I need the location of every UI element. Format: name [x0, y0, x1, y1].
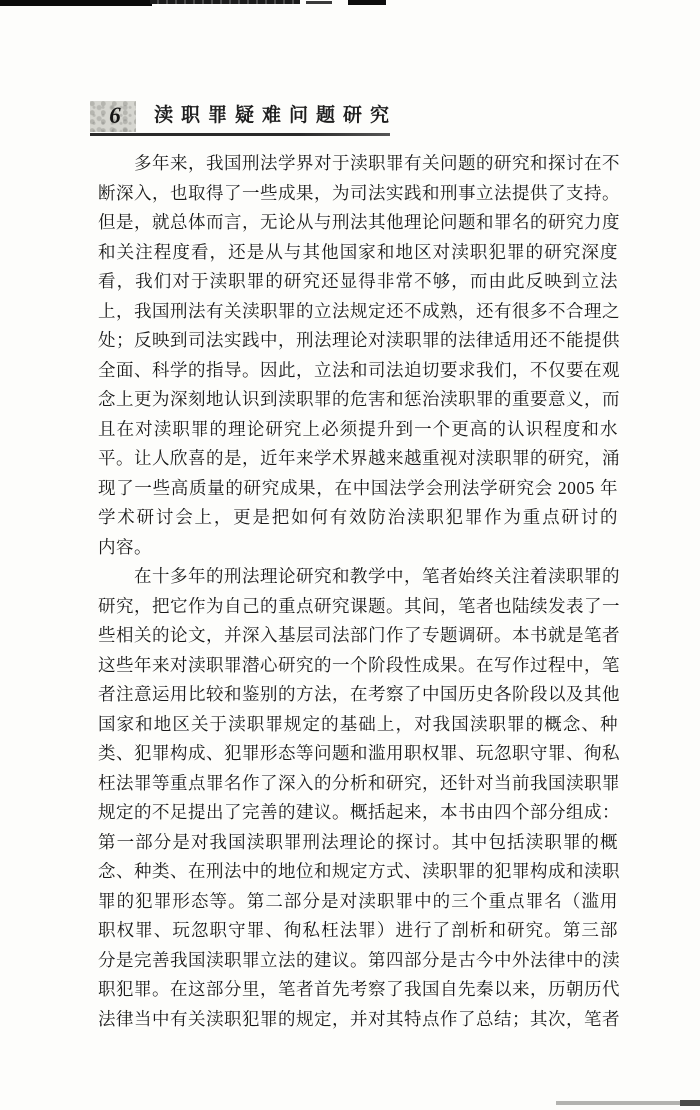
text-line: 且在对渎职罪的理论研究上必须提升到一个更高的认识程度和水 [98, 415, 618, 445]
text-line: 上，我国刑法有关渎职罪的立法规定还不成熟，还有很多不合理之 [98, 297, 618, 327]
text-line: 平。让人欣喜的是，近年来学术界越来越重视对渎职罪的研究，涌 [98, 444, 618, 474]
text-line: 者注意运用比较和鉴别的方法，在考察了中国历史各阶段以及其他 [98, 680, 618, 710]
text-line: 第一部分是对我国渎职罪刑法理论的探讨。其中包括渎职罪的概 [98, 828, 618, 858]
text-line: 枉法罪等重点罪名作了深入的分析和研究，还针对当前我国渎职罪 [98, 769, 618, 799]
text-line: 研究，把它作为自己的重点研究课题。其间，笔者也陆续发表了一 [98, 592, 618, 622]
text-line: 内容。 [98, 533, 618, 563]
scan-artifact-top-dash [348, 0, 386, 5]
text-line: 念、种类、在刑法中的地位和规定方式、渎职罪的犯罪构成和渎职 [98, 857, 618, 887]
scan-artifact-bottom-bar-dark [680, 1100, 700, 1106]
text-line: 现了一些高质量的研究成果，在中国法学会刑法学研究会 2005 年 [98, 474, 618, 504]
text-line: 职犯罪。在这部分里，笔者首先考察了我国自先秦以来，历朝历代 [98, 975, 618, 1005]
scan-artifact-bottom-bar [556, 1101, 684, 1105]
text-line: 分是完善我国渎职罪立法的建议。第四部分是古今中外法律中的渎 [98, 946, 618, 976]
text-line: 和关注程度看，还是从与其他国家和地区对渎职犯罪的研究深度 [98, 238, 618, 268]
text-line: 全面、科学的指导。因此，立法和司法迫切要求我们，不仅要在观 [98, 356, 618, 386]
book-title: 渎职罪疑难问题研究 [154, 100, 397, 127]
text-line: 类、犯罪构成、犯罪形态等问题和滥用职权罪、玩忽职守罪、徇私 [98, 739, 618, 769]
text-line: 这些年来对渎职罪潜心研究的一个阶段性成果。在写作过程中，笔 [98, 651, 618, 681]
text-line: 些相关的论文，并深入基层司法部门作了专题调研。本书就是笔者 [98, 621, 618, 651]
running-header: 6 渎职罪疑难问题研究 [90, 100, 610, 136]
text-line: 多年来，我国刑法学界对于渎职罪有关问题的研究和探讨在不 [98, 149, 618, 179]
text-line: 断深入，也取得了一些成果，为司法实践和刑事立法提供了支持。 [98, 179, 618, 209]
body-text: 多年来，我国刑法学界对于渎职罪有关问题的研究和探讨在不断深入，也取得了一些成果，… [98, 149, 618, 1034]
text-line: 法律当中有关渎职犯罪的规定，并对其特点作了总结；其次，笔者 [98, 1005, 618, 1035]
text-line: 念上更为深刻地认识到渎职罪的危害和惩治渎职罪的重要意义，而 [98, 385, 618, 415]
text-line: 罪的犯罪形态等。第二部分是对渎职罪中的三个重点罪名（滥用 [98, 887, 618, 917]
scan-artifact-top-bar [0, 0, 152, 6]
text-line: 看，我们对于渎职罪的研究还显得非常不够，而由此反映到立法 [98, 267, 618, 297]
scanned-book-page: 6 渎职罪疑难问题研究 多年来，我国刑法学界对于渎职罪有关问题的研究和探讨在不断… [0, 0, 700, 1110]
scan-artifact-top-dash [306, 1, 332, 4]
text-line: 国家和地区关于渎职罪规定的基础上，对我国渎职罪的概念、种 [98, 710, 618, 740]
text-line: 学术研讨会上，更是把如何有效防治渎职犯罪作为重点研讨的 [98, 503, 618, 533]
text-line: 职权罪、玩忽职守罪、徇私枉法罪）进行了剖析和研究。第三部 [98, 916, 618, 946]
scan-artifact-top-bar-speckled [150, 0, 300, 4]
text-line: 规定的不足提出了完善的建议。概括起来，本书由四个部分组成： [98, 798, 618, 828]
text-line: 但是，就总体而言，无论从与刑法其他理论问题和罪名的研究力度 [98, 208, 618, 238]
text-line: 在十多年的刑法理论研究和教学中，笔者始终关注着渎职罪的 [98, 562, 618, 592]
page-number: 6 [90, 101, 136, 132]
text-line: 处；反映到司法实践中，刑法理论对渎职罪的法律适用还不能提供 [98, 326, 618, 356]
header-rule [90, 133, 390, 136]
